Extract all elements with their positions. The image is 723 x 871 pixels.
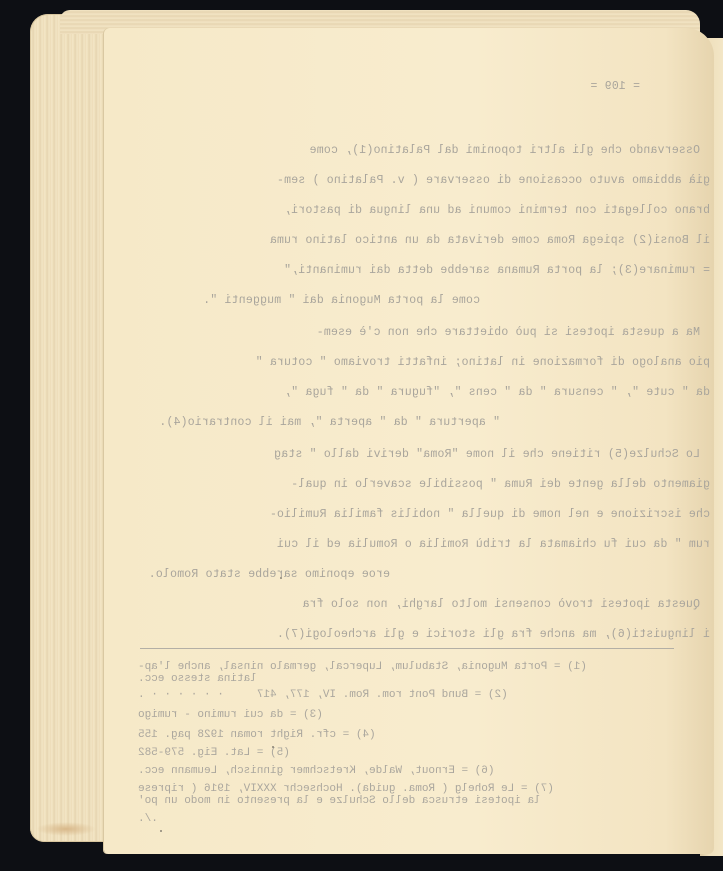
paper-speck bbox=[160, 830, 162, 832]
footnote-cont: la ipotesi etrusca dello Schulze e la pr… bbox=[138, 795, 678, 807]
water-stain bbox=[36, 822, 96, 836]
body-line: i linguisti(6), ma anche fra gli storici… bbox=[277, 628, 710, 641]
body-line: come la porta Mugonia dai " muggenti ". bbox=[203, 294, 480, 307]
body-line: Lo Schulze(5) ritiene che il nome "Roma"… bbox=[274, 448, 700, 461]
body-line: Questa ipotesi trovò consensi molto larg… bbox=[302, 598, 700, 611]
body-line: il Bonsi(2) spiega Roma come derivata da… bbox=[270, 234, 710, 247]
footnote: (6) = Ernout, Walde, Kretschmer ginnisch… bbox=[138, 765, 678, 777]
body-line: da " cute ", " censura " da " cens ", "f… bbox=[284, 386, 710, 399]
footnote-cont: latina stesso ecc. bbox=[138, 673, 678, 685]
page-number: = 109 = bbox=[590, 80, 640, 93]
body-line: rum " da cui fu chiamata la tribù Romili… bbox=[277, 538, 710, 551]
body-text: = 109 = Osservando che gli altri toponim… bbox=[150, 80, 670, 640]
footnote: (1) = Porta Mugonia, Stabulum, Lupercal,… bbox=[138, 661, 678, 673]
footnote: (4) = cfr. Right roman 1928 pag. 155 bbox=[138, 729, 678, 741]
paper-speck bbox=[280, 577, 282, 579]
body-line: brano collegati con termini comuni ad un… bbox=[284, 204, 710, 217]
body-line: che iscrizione e nel nome di quella " no… bbox=[270, 508, 710, 521]
body-line: eroe eponimo sarebbe stato Romolo. bbox=[149, 568, 390, 581]
body-line: pio analogo di formazione in latino; inf… bbox=[256, 356, 710, 369]
body-line: Ma a questa ipotesi si può obiettare che… bbox=[317, 326, 700, 339]
body-line: " apertura " da " aperta ", mai il contr… bbox=[159, 416, 500, 429]
footnote: (2) = Bund Pont rom. Rom. IV, 177, 417 ·… bbox=[138, 689, 678, 701]
body-line: già abbiamo avuto occasione di osservare… bbox=[277, 174, 710, 187]
body-line: giamento della gente dei Ruma " possibil… bbox=[291, 478, 710, 491]
footnote: (7) = Le Rohelg ( Roma. guida). Hochsech… bbox=[138, 783, 678, 795]
footnote-rule bbox=[140, 648, 674, 649]
paper-speck bbox=[272, 746, 274, 748]
footnote: (5) = Lat. Eig. 579-582 bbox=[138, 747, 678, 759]
body-line: Osservando che gli altri toponimi dal Pa… bbox=[309, 144, 700, 157]
footnote: (3) = da cui rumino - rumigo bbox=[138, 709, 678, 721]
body-line: = ruminare(3); la porta Rumana sarebbe d… bbox=[284, 264, 710, 277]
footnote-cont: ./. bbox=[138, 813, 678, 825]
